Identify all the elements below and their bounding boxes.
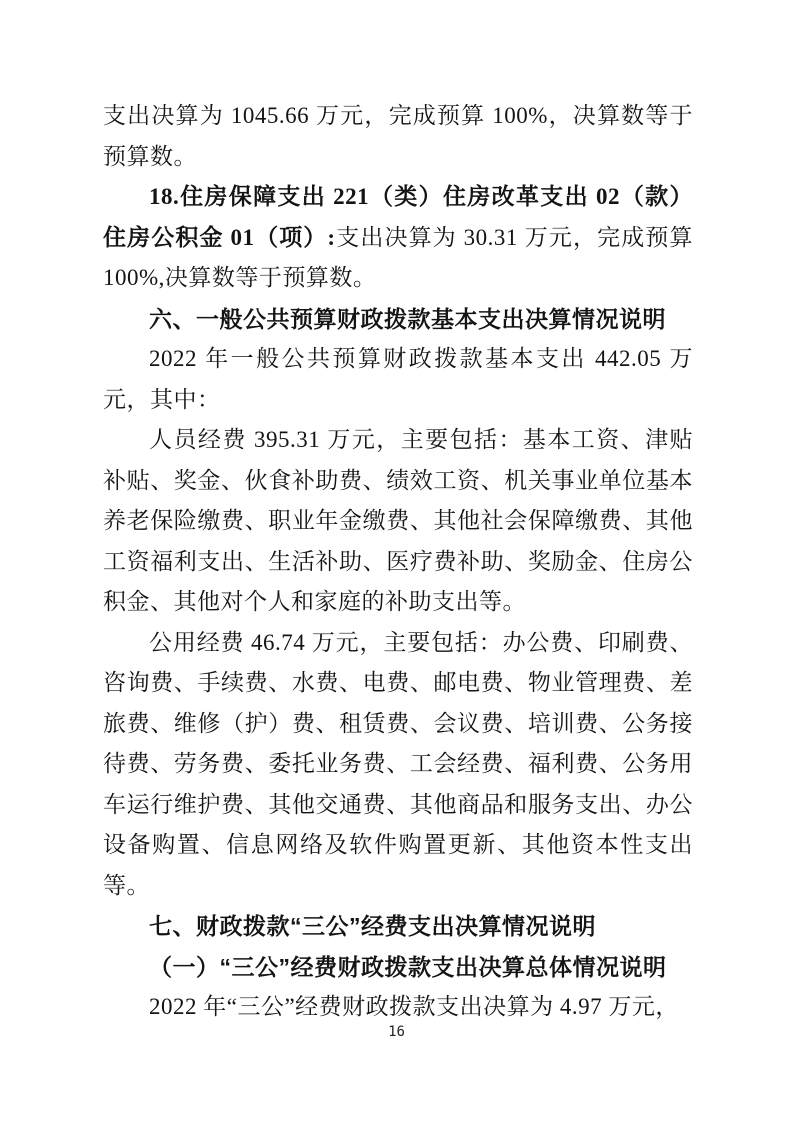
heading-section-six: 六、一般公共预算财政拨款基本支出决算情况说明 bbox=[103, 299, 693, 340]
paragraph-continuation-item-17: 支出决算为 1045.66 万元，完成预算 100%，决算数等于预算数。 bbox=[103, 96, 693, 177]
heading-section-seven-sub-one: （一）“三公”经费财政拨款支出决算总体情况说明 bbox=[103, 947, 693, 988]
paragraph-public-funds: 公用经费 46.74 万元，主要包括：办公费、印刷费、咨询费、手续费、水费、电费… bbox=[103, 623, 693, 907]
document-body: 支出决算为 1045.66 万元，完成预算 100%，决算数等于预算数。 18.… bbox=[103, 96, 693, 1028]
document-page: 支出决算为 1045.66 万元，完成预算 100%，决算数等于预算数。 18.… bbox=[0, 0, 793, 1122]
paragraph-sangong-total: 2022 年“三公”经费财政拨款支出决算为 4.97 万元， bbox=[103, 987, 693, 1028]
page-footer: 16 bbox=[0, 1024, 793, 1040]
heading-section-seven: 七、财政拨款“三公”经费支出决算情况说明 bbox=[103, 906, 693, 947]
paragraph-basic-expenditure-total: 2022 年一般公共预算财政拨款基本支出 442.05 万元，其中： bbox=[103, 339, 693, 420]
paragraph-personnel-funds: 人员经费 395.31 万元，主要包括：基本工资、津贴补贴、奖金、伙食补助费、绩… bbox=[103, 420, 693, 623]
paragraph-item-18: 18.住房保障支出 221（类）住房改革支出 02（款）住房公积金 01（项）:… bbox=[103, 177, 693, 299]
page-number: 16 bbox=[388, 1024, 405, 1040]
